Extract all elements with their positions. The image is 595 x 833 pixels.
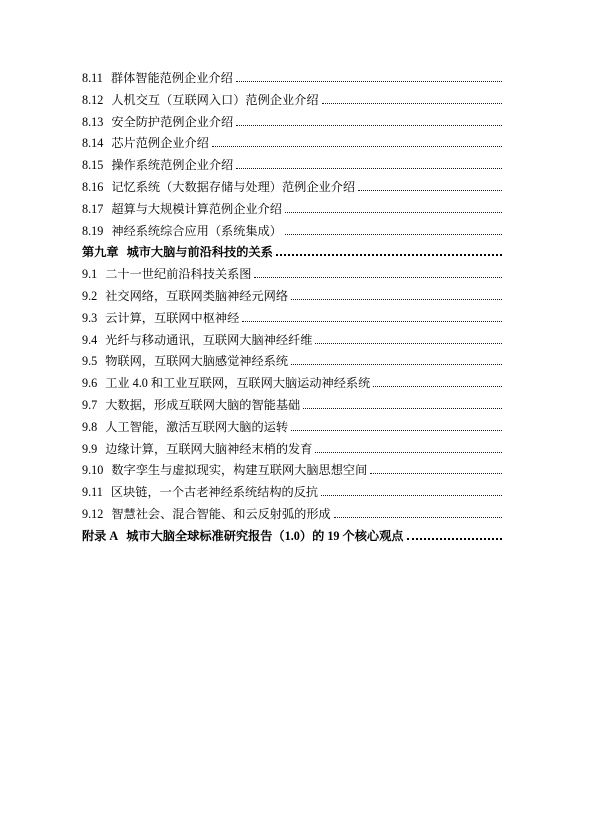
- toc-leader-dots: [285, 212, 502, 213]
- toc-entry-title: 光纤与移动通讯，互联网大脑神经纤维: [105, 330, 312, 352]
- toc-leader-dots: [236, 168, 502, 169]
- toc-leader-dots: [291, 430, 502, 431]
- toc-entry[interactable]: 9.1二十一世纪前沿科技关系图: [82, 264, 502, 286]
- toc-leader-dots: [303, 408, 502, 409]
- toc-leader-dots: [236, 81, 502, 82]
- document-page: 8.11群体智能范例企业介绍8.12人机交互（互联网入口）范例企业介绍8.13安…: [0, 0, 595, 833]
- toc-entry[interactable]: 8.17超算与大规模计算范例企业介绍: [82, 199, 502, 221]
- toc-entry-title: 人机交互（互联网入口）范例企业介绍: [111, 90, 318, 112]
- toc-entry-title: 记忆系统（大数据存储与处理）范例企业介绍: [111, 177, 355, 199]
- toc-leader-dots: [358, 190, 502, 191]
- toc-entry[interactable]: 9.7大数据，形成互联网大脑的智能基础: [82, 395, 502, 417]
- toc-entry-title: 工业 4.0 和工业互联网，互联网大脑运动神经系统: [105, 373, 370, 395]
- toc-entry[interactable]: 9.5物联网，互联网大脑感觉神经系统: [82, 351, 502, 373]
- toc-leader-dots: [291, 364, 502, 365]
- toc-entry-title: 大数据，形成互联网大脑的智能基础: [105, 395, 300, 417]
- toc-leader-dots: [322, 103, 502, 104]
- toc-entry-number: 附录 A: [82, 526, 118, 548]
- toc-entry-number: 9.5: [82, 351, 97, 373]
- toc-entry-title: 智慧社会、混合智能、和云反射弧的形成: [111, 504, 330, 526]
- toc-leader-dots: [370, 473, 502, 474]
- toc-entry[interactable]: 8.11群体智能范例企业介绍: [82, 68, 502, 90]
- toc-entry-number: 8.16: [82, 177, 103, 199]
- toc-entry[interactable]: 9.2社交网络，互联网类脑神经元网络: [82, 286, 502, 308]
- toc-entry-title: 云计算，互联网中枢神经: [105, 308, 239, 330]
- toc-entry-number: 8.11: [82, 68, 103, 90]
- toc-entry-number: 9.7: [82, 395, 97, 417]
- toc-entry-title: 人工智能，激活互联网大脑的运转: [105, 417, 288, 439]
- toc-entry-number: 9.12: [82, 504, 103, 526]
- toc-entry[interactable]: 9.10数字孪生与虚拟现实，构建互联网大脑思想空间: [82, 460, 502, 482]
- toc-entry[interactable]: 9.4光纤与移动通讯，互联网大脑神经纤维: [82, 330, 502, 352]
- toc-entry-title: 数字孪生与虚拟现实，构建互联网大脑思想空间: [111, 460, 367, 482]
- toc-entry-title: 操作系统范例企业介绍: [111, 155, 233, 177]
- toc-leader-dots: [212, 146, 502, 147]
- toc-leader-dots: [373, 386, 502, 387]
- toc-entry[interactable]: 8.16记忆系统（大数据存储与处理）范例企业介绍: [82, 177, 502, 199]
- toc-entry-number: 9.1: [82, 264, 97, 286]
- toc-entry[interactable]: 9.3云计算，互联网中枢神经: [82, 308, 502, 330]
- toc-entry-number: 9.3: [82, 308, 97, 330]
- toc-entry-title: 物联网，互联网大脑感觉神经系统: [105, 351, 288, 373]
- toc-entry-title: 芯片范例企业介绍: [111, 133, 209, 155]
- toc-entry[interactable]: 9.8人工智能，激活互联网大脑的运转: [82, 417, 502, 439]
- toc-heading-entry[interactable]: 第九章城市大脑与前沿科技的关系: [82, 242, 502, 264]
- toc-entry-title: 城市大脑全球标准研究报告（1.0）的 19 个核心观点: [126, 526, 403, 548]
- toc-entry[interactable]: 8.12人机交互（互联网入口）范例企业介绍: [82, 90, 502, 112]
- toc-entry-number: 9.8: [82, 417, 97, 439]
- toc-entry-number: 8.13: [82, 112, 103, 134]
- toc-entry-title: 神经系统综合应用（系统集成）: [111, 221, 282, 243]
- toc-leader-dots: [321, 495, 502, 496]
- toc-entry[interactable]: 8.15操作系统范例企业介绍: [82, 155, 502, 177]
- toc-leader-dots: [276, 254, 502, 256]
- toc-entry-title: 边缘计算，互联网大脑神经末梢的发育: [105, 439, 312, 461]
- toc-leader-dots: [254, 277, 502, 278]
- toc-entry-number: 8.17: [82, 199, 103, 221]
- toc-entry-title: 社交网络，互联网类脑神经元网络: [105, 286, 288, 308]
- toc-entry-number: 8.15: [82, 155, 103, 177]
- toc-entry-number: 8.14: [82, 133, 103, 155]
- toc-entry-number: 9.2: [82, 286, 97, 308]
- toc-entry-number: 8.12: [82, 90, 103, 112]
- toc-entry-title: 二十一世纪前沿科技关系图: [105, 264, 251, 286]
- toc-leader-dots: [236, 125, 502, 126]
- toc-entry-number: 9.6: [82, 373, 97, 395]
- toc-entry-title: 超算与大规模计算范例企业介绍: [111, 199, 282, 221]
- toc-entry[interactable]: 8.14芯片范例企业介绍: [82, 133, 502, 155]
- toc-entry[interactable]: 9.12智慧社会、混合智能、和云反射弧的形成: [82, 504, 502, 526]
- toc-entry-number: 9.4: [82, 330, 97, 352]
- toc-leader-dots: [291, 299, 502, 300]
- toc-leader-dots: [315, 452, 502, 453]
- toc-entry[interactable]: 9.9边缘计算，互联网大脑神经末梢的发育: [82, 439, 502, 461]
- toc-entry-title: 区块链，一个古老神经系统结构的反抗: [111, 482, 318, 504]
- toc-entry-number: 第九章: [82, 242, 119, 264]
- toc-entry-title: 城市大脑与前沿科技的关系: [127, 242, 273, 264]
- toc-entry-number: 9.11: [82, 482, 103, 504]
- toc-entry[interactable]: 8.19神经系统综合应用（系统集成）: [82, 221, 502, 243]
- toc-entry-number: 8.19: [82, 221, 103, 243]
- toc-heading-entry[interactable]: 附录 A城市大脑全球标准研究报告（1.0）的 19 个核心观点: [82, 526, 502, 548]
- toc-entry-number: 9.10: [82, 460, 103, 482]
- toc-entry-title: 群体智能范例企业介绍: [111, 68, 233, 90]
- toc-leader-dots: [242, 321, 502, 322]
- toc-leader-dots: [285, 234, 502, 235]
- toc-entry[interactable]: 9.11区块链，一个古老神经系统结构的反抗: [82, 482, 502, 504]
- toc-entry[interactable]: 9.6工业 4.0 和工业互联网，互联网大脑运动神经系统: [82, 373, 502, 395]
- toc-leader-dots: [407, 538, 503, 540]
- toc-leader-dots: [315, 343, 502, 344]
- table-of-contents: 8.11群体智能范例企业介绍8.12人机交互（互联网入口）范例企业介绍8.13安…: [82, 68, 502, 548]
- toc-entry[interactable]: 8.13安全防护范例企业介绍: [82, 112, 502, 134]
- toc-entry-title: 安全防护范例企业介绍: [111, 112, 233, 134]
- toc-entry-number: 9.9: [82, 439, 97, 461]
- toc-leader-dots: [334, 517, 502, 518]
